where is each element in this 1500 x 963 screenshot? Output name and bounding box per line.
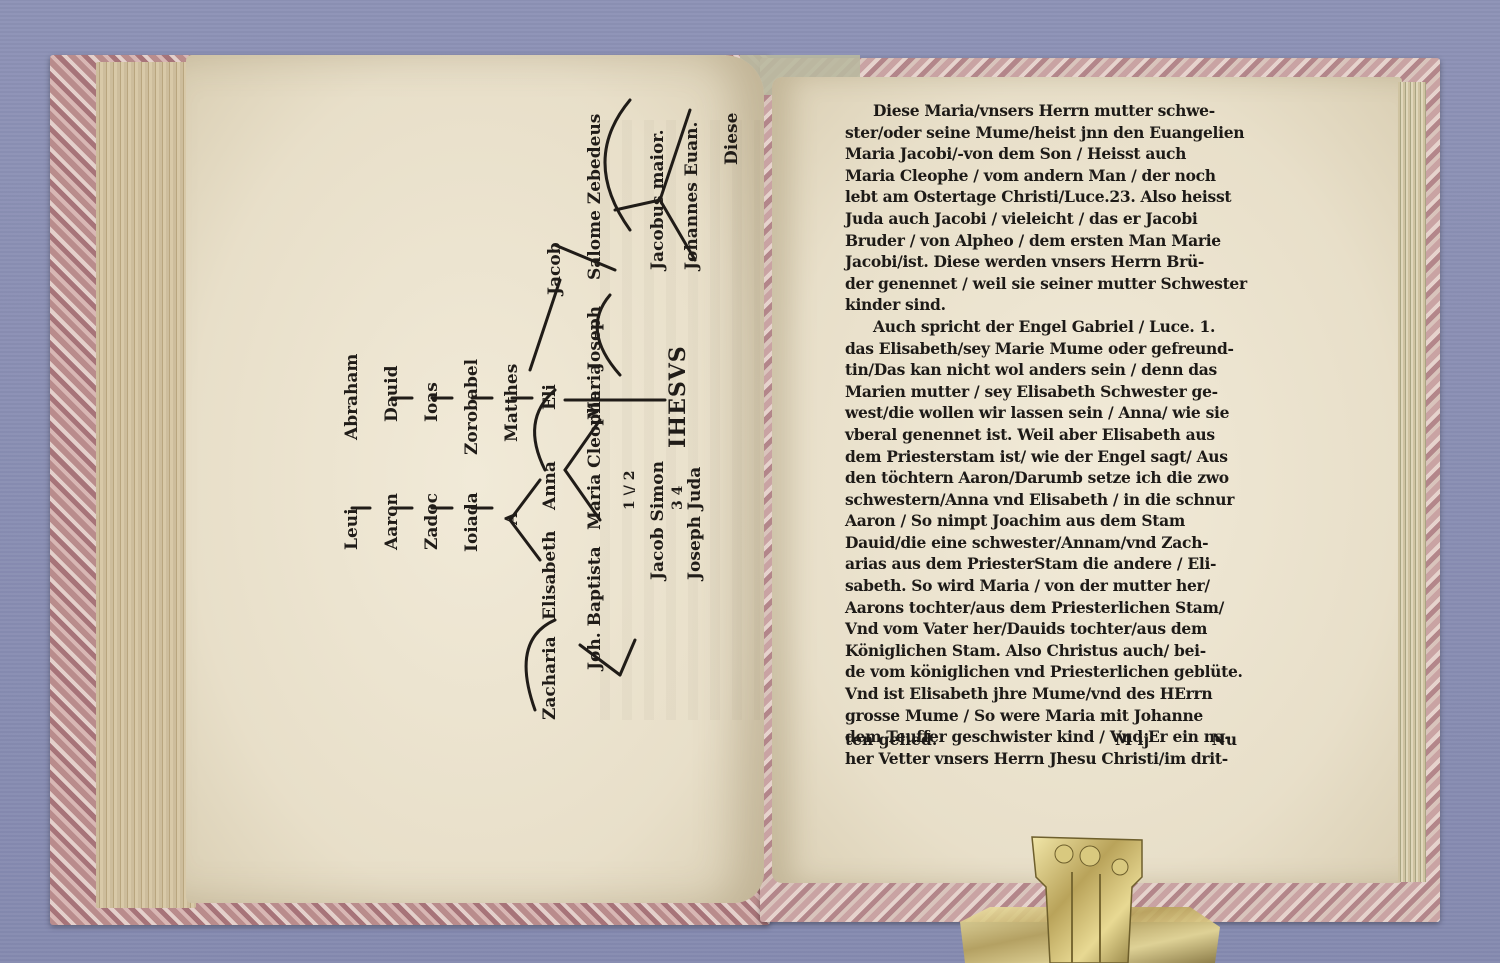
text-line: Vnd ist Elisabeth jhre Mume/vnd des HErr… (845, 683, 1237, 705)
name-aaron: Aaron (382, 493, 402, 550)
name-eli: Eli (540, 384, 560, 410)
text-line: Königlichen Stam. Also Christus auch/ be… (845, 640, 1237, 662)
brother-numbers-3-4: 3 4 (670, 486, 686, 510)
text-line: west/die wollen wir lassen sein / Anna/ … (845, 402, 1237, 424)
text-line: Auch spricht der Engel Gabriel / Luce. 1… (845, 316, 1237, 338)
text-line: arias aus dem PriesterStam die andere / … (845, 553, 1237, 575)
name-dauid: Dauid (382, 366, 402, 422)
text-line: lebt am Ostertage Christi/Luce.23. Also … (845, 186, 1237, 208)
text-line: Aaron / So nimpt Joachim aus dem Stam (845, 510, 1237, 532)
name-ihesvs: IHESVS (665, 345, 691, 448)
last-text-line: ten gelied. (845, 730, 937, 749)
name-ioiada: Ioiada (462, 492, 482, 552)
name-jacob: Jacob (545, 242, 565, 295)
text-line: tin/Das kan nicht wol anders sein / denn… (845, 359, 1237, 381)
text-line: ster/oder seine Mume/heist jnn den Euang… (845, 122, 1237, 144)
name-jacob-simon: Jacob Simon (648, 461, 668, 580)
text-line: der genennet / weil sie seiner mutter Sc… (845, 273, 1237, 295)
text-line: Marien mutter / sey Elisabeth Schwester … (845, 381, 1237, 403)
right-page-text: Diese Maria/vnsers Herrn mutter schwe- s… (845, 100, 1237, 769)
text-line: schwestern/Anna vnd Elisabeth / in die s… (845, 489, 1237, 511)
text-line: vberal genennet ist. Weil aber Elisabeth… (845, 424, 1237, 446)
name-salome-zebedeus: Salome Zebedeus (585, 114, 605, 280)
brass-clasp-icon (960, 832, 1220, 963)
text-line: sabeth. So wird Maria / von der mutter h… (845, 575, 1237, 597)
text-line: das Elisabeth/sey Marie Mume oder gefreu… (845, 338, 1237, 360)
left-catchword: Diese (722, 113, 742, 165)
text-line: Maria Jacobi/-von dem Son / Heisst auch (845, 143, 1237, 165)
right-page-edges (1398, 82, 1426, 882)
name-joseph-juda: Joseph Juda (685, 467, 705, 580)
text-line: de vom königlichen vnd Priesterlichen ge… (845, 661, 1237, 683)
brother-numbering: 1 \/ 2 (622, 471, 638, 510)
name-ioas: Ioas (422, 382, 442, 422)
name-johannes-euan: Johannes Euan. (682, 122, 702, 270)
text-line: Aarons tochter/aus dem Priesterlichen St… (845, 597, 1237, 619)
genealogy-tree: Leui Aaron Zadoc Ioiada A Abraham Dauid … (330, 80, 750, 740)
name-matthes: Matthes (502, 364, 522, 442)
name-maria: Maria (585, 364, 605, 420)
name-zacharia: Zacharia (540, 636, 560, 720)
name-jacobus-maior: Jacobus maior. (648, 129, 668, 270)
text-line: Jacobi/ist. Diese werden vnsers Herrn Br… (845, 251, 1237, 273)
text-line: Diese Maria/vnsers Herrn mutter schwe- (845, 100, 1237, 122)
text-line: kinder sind. (845, 294, 1237, 316)
name-anna: Anna (540, 461, 560, 510)
text-line: Maria Cleophe / vom andern Man / der noc… (845, 165, 1237, 187)
catchword: Nu (1212, 730, 1237, 749)
name-zorobabel: Zorobabel (462, 359, 482, 455)
text-line: Juda auch Jacobi / vieleicht / das er Ja… (845, 208, 1237, 230)
text-line: den töchtern Aaron/Darumb setze ich die … (845, 467, 1237, 489)
name-abraham: Abraham (342, 354, 362, 440)
text-line: grosse Mume / So were Maria mit Johanne (845, 705, 1237, 727)
name-zadoc: Zadoc (422, 493, 442, 550)
name-leui: Leui (342, 508, 362, 550)
signature-mark: M ij (1115, 730, 1149, 749)
name-joh-baptista: Joh. Baptista (585, 546, 605, 670)
text-line: Bruder / von Alpheo / dem ersten Man Mar… (845, 230, 1237, 252)
text-line: Dauid/die eine schwester/Annam/vnd Zach- (845, 532, 1237, 554)
text-line: dem Priesterstam ist/ wie der Engel sagt… (845, 446, 1237, 468)
left-page-edges (96, 62, 196, 908)
text-line: Vnd vom Vater her/Dauids tochter/aus dem (845, 618, 1237, 640)
name-elisabeth: Elisabeth (540, 531, 560, 620)
name-joseph: Joseph (585, 306, 605, 370)
name-a: A (502, 512, 522, 525)
page-footer: ten gelied. M ij Nu (845, 730, 1237, 752)
